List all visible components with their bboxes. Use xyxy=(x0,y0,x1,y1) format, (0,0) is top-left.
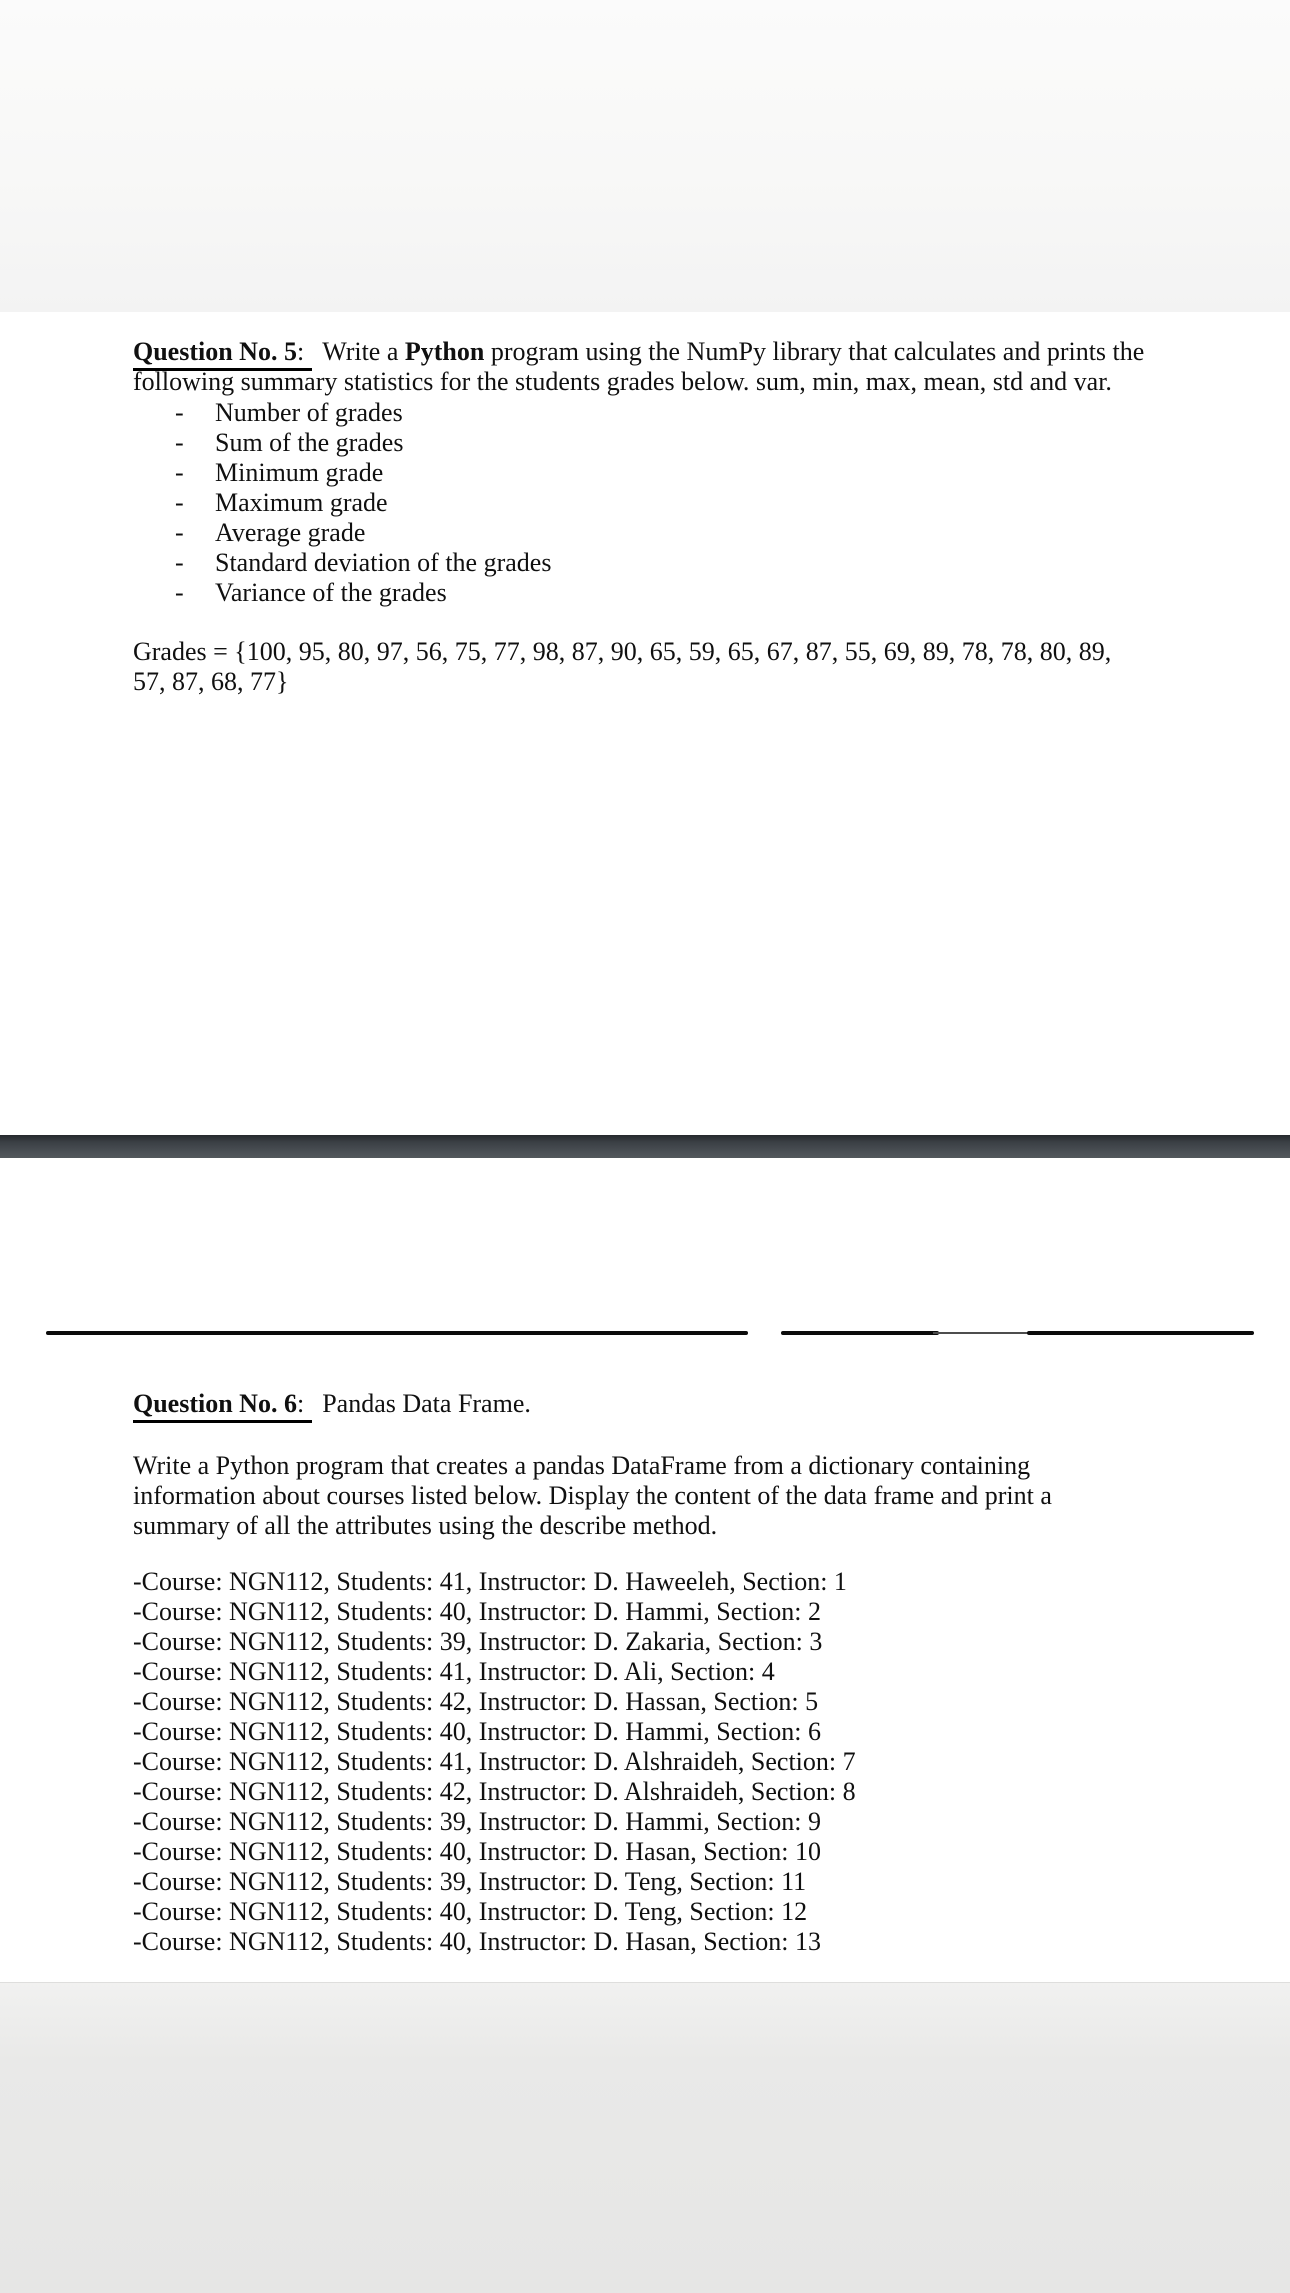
bullet-text: Standard deviation of the grades xyxy=(215,548,551,577)
document-viewport: Question No. 5:Write a Python program us… xyxy=(0,0,1290,2293)
rule-segment xyxy=(1027,1331,1254,1335)
bullet-text: Variance of the grades xyxy=(215,578,447,607)
course-line: -Course: NGN112, Students: 39, Instructo… xyxy=(133,1807,856,1837)
course-line: -Course: NGN112, Students: 40, Instructo… xyxy=(133,1927,856,1957)
answer-rule-line-right xyxy=(781,1331,1254,1336)
question6-heading: Question No. 6: xyxy=(133,1389,312,1423)
bottom-margin-area xyxy=(0,1982,1290,2293)
question6-heading-line: Question No. 6:Pandas Data Frame. xyxy=(133,1389,531,1423)
answer-rule-line-left xyxy=(46,1331,748,1335)
bullet-text: Maximum grade xyxy=(215,488,388,517)
question5-intro-line2: following summary statistics for the stu… xyxy=(133,367,1112,397)
bullet-item: -Variance of the grades xyxy=(175,578,551,608)
course-line: -Course: NGN112, Students: 40, Instructo… xyxy=(133,1837,856,1867)
bullet-item: -Maximum grade xyxy=(175,488,551,518)
rule-segment xyxy=(781,1331,939,1335)
question5-heading-line: Question No. 5:Write a Python program us… xyxy=(133,337,1144,371)
bullet-dash: - xyxy=(175,488,215,518)
bullet-item: -Number of grades xyxy=(175,398,551,428)
question6-paragraph-line: Write a Python program that creates a pa… xyxy=(133,1451,1030,1481)
course-line: -Course: NGN112, Students: 42, Instructo… xyxy=(133,1777,856,1807)
top-margin-area xyxy=(0,0,1290,312)
question5-label: Question No. 5 xyxy=(133,337,297,366)
question6-label: Question No. 6 xyxy=(133,1389,297,1418)
bullet-dash: - xyxy=(175,578,215,608)
grades-set-line1: Grades = {100, 95, 80, 97, 56, 75, 77, 9… xyxy=(133,637,1111,667)
bullet-dash: - xyxy=(175,458,215,488)
course-line: -Course: NGN112, Students: 42, Instructo… xyxy=(133,1687,856,1717)
bullet-dash: - xyxy=(175,548,215,578)
course-line: -Course: NGN112, Students: 41, Instructo… xyxy=(133,1567,856,1597)
bullet-dash: - xyxy=(175,428,215,458)
bullet-text: Sum of the grades xyxy=(215,428,403,457)
bullet-item: -Minimum grade xyxy=(175,458,551,488)
question5-bullet-list: -Number of grades -Sum of the grades -Mi… xyxy=(175,398,551,608)
course-list: -Course: NGN112, Students: 41, Instructo… xyxy=(133,1567,856,1957)
question6-title: Pandas Data Frame. xyxy=(322,1389,531,1418)
question5-heading: Question No. 5: xyxy=(133,337,312,371)
course-line: -Course: NGN112, Students: 40, Instructo… xyxy=(133,1597,856,1627)
bullet-item: -Standard deviation of the grades xyxy=(175,548,551,578)
bullet-text: Number of grades xyxy=(215,398,403,427)
bullet-text: Minimum grade xyxy=(215,458,383,487)
rule-segment-thin xyxy=(933,1332,1035,1334)
course-line: -Course: NGN112, Students: 41, Instructo… xyxy=(133,1657,856,1687)
course-line: -Course: NGN112, Students: 39, Instructo… xyxy=(133,1867,856,1897)
question5-intro-pre: Write a xyxy=(322,337,405,366)
grades-set-line2: 57, 87, 68, 77} xyxy=(133,667,288,697)
bullet-text: Average grade xyxy=(215,518,365,547)
bullet-item: -Sum of the grades xyxy=(175,428,551,458)
page-separator-band xyxy=(0,1135,1290,1158)
question5-intro-rest: program using the NumPy library that cal… xyxy=(484,337,1144,366)
question6-paragraph-line: information about courses listed below. … xyxy=(133,1481,1052,1511)
question6-paragraph-line: summary of all the attributes using the … xyxy=(133,1511,717,1541)
course-line: -Course: NGN112, Students: 40, Instructo… xyxy=(133,1717,856,1747)
course-line: -Course: NGN112, Students: 41, Instructo… xyxy=(133,1747,856,1777)
question5-colon: : xyxy=(297,337,304,366)
bullet-dash: - xyxy=(175,518,215,548)
question6-colon: : xyxy=(297,1389,304,1418)
bullet-item: -Average grade xyxy=(175,518,551,548)
bullet-dash: - xyxy=(175,398,215,428)
course-line: -Course: NGN112, Students: 40, Instructo… xyxy=(133,1897,856,1927)
course-line: -Course: NGN112, Students: 39, Instructo… xyxy=(133,1627,856,1657)
question5-intro-bold: Python xyxy=(405,337,484,366)
